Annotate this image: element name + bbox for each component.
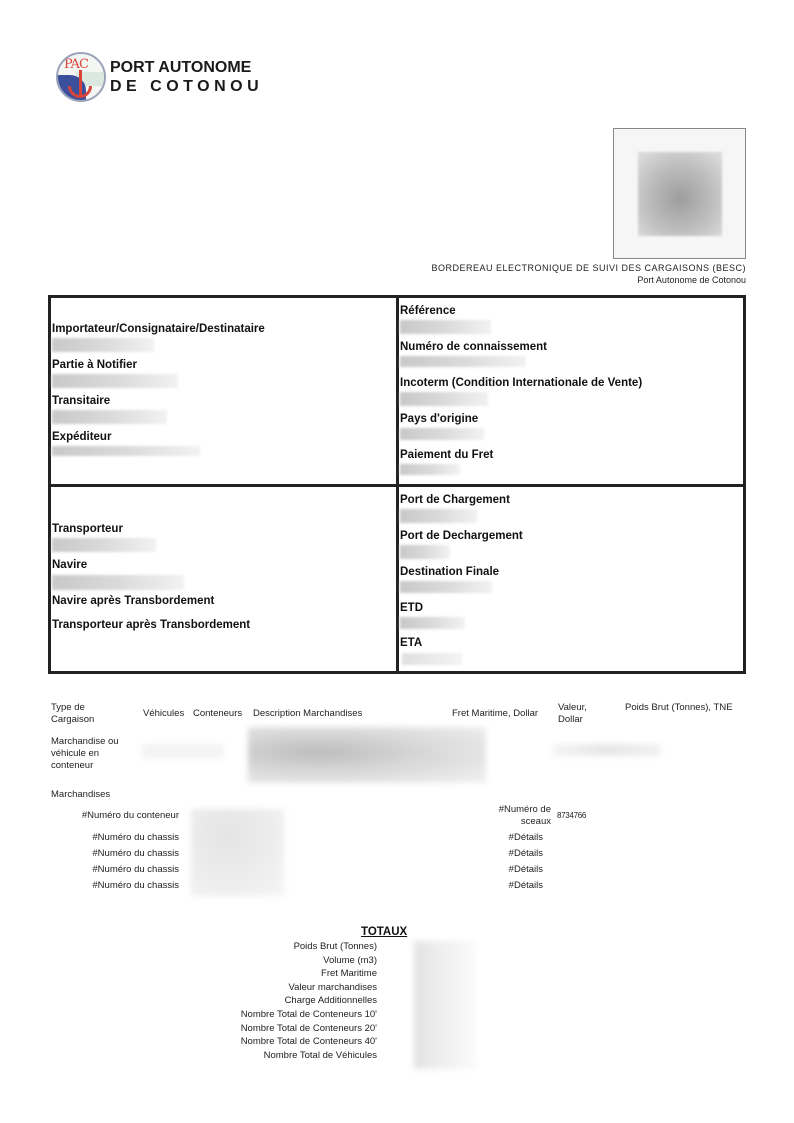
- label-eta: ETA: [400, 637, 422, 649]
- total-conteneurs-10: Nombre Total de Conteneurs 10': [241, 1009, 377, 1020]
- label-paiement-fret: Paiement du Fret: [400, 449, 493, 461]
- label-incoterm: Incoterm (Condition Internationale de Ve…: [400, 377, 642, 389]
- label-numero-chassis-1: #Numéro du chassis: [50, 832, 179, 844]
- value-port-chargement: [400, 509, 477, 523]
- label-numero-chassis-4: #Numéro du chassis: [50, 880, 179, 892]
- label-navire: Navire: [52, 559, 87, 571]
- totals-title: TOTAUX: [361, 926, 407, 938]
- value-importateur: [52, 338, 154, 352]
- label-etd: ETD: [400, 602, 423, 614]
- transport-left-box: Transporteur Navire Navire après Transbo…: [48, 484, 399, 674]
- total-conteneurs-40: Nombre Total de Conteneurs 40': [241, 1036, 377, 1047]
- header-conteneurs: Conteneurs: [193, 708, 242, 720]
- header-vehicules: Véhicules: [143, 708, 184, 720]
- parties-right-box: Référence Numéro de connaissement Incote…: [396, 295, 746, 487]
- label-navire-transbordement: Navire après Transbordement: [52, 595, 214, 607]
- qr-code-blurred: [638, 152, 722, 236]
- value-etd: [400, 617, 465, 629]
- total-poids-brut: Poids Brut (Tonnes): [294, 941, 377, 952]
- label-transporteur-transbordement: Transporteur après Transbordement: [52, 619, 250, 631]
- parties-left-box: Importateur/Consignataire/Destinataire P…: [48, 295, 399, 487]
- label-reference: Référence: [400, 305, 456, 317]
- value-transitaire: [52, 410, 167, 424]
- logo-emblem-text: PAC: [64, 57, 88, 72]
- value-description-marchandises: [248, 727, 486, 783]
- value-numeros-conteneur-chassis: [191, 809, 284, 896]
- value-numero-connaissement: [400, 356, 526, 367]
- header-type-cargaison: Type de Cargaison: [51, 702, 111, 726]
- value-transporteur: [52, 538, 156, 552]
- label-transitaire: Transitaire: [52, 395, 110, 407]
- qr-code-image: [613, 128, 746, 259]
- total-conteneurs-20: Nombre Total de Conteneurs 20': [241, 1023, 377, 1034]
- value-vehicules-conteneurs: [142, 744, 224, 758]
- value-reference: [400, 320, 491, 334]
- total-volume: Volume (m3): [323, 955, 377, 966]
- org-name-line2: DE COTONOU: [110, 78, 263, 96]
- label-details-4: #Détails: [486, 880, 543, 892]
- label-numero-conteneur: #Numéro du conteneur: [50, 810, 179, 822]
- label-numero-sceaux: #Numéro de sceaux: [486, 804, 551, 828]
- label-details-2: #Détails: [486, 848, 543, 860]
- org-name-line1: PORT AUTONOME: [110, 59, 251, 77]
- document-title: BORDEREAU ELECTRONIQUE DE SUIVI DES CARG…: [431, 263, 746, 273]
- label-numero-chassis-3: #Numéro du chassis: [50, 864, 179, 876]
- header-description: Description Marchandises: [253, 708, 362, 720]
- value-partie-notifier: [52, 374, 178, 388]
- value-pays-origine: [400, 428, 484, 440]
- label-destination-finale: Destination Finale: [400, 566, 499, 578]
- label-port-chargement: Port de Chargement: [400, 494, 510, 506]
- value-destination-finale: [400, 581, 492, 593]
- label-numero-connaissement: Numéro de connaissement: [400, 341, 547, 353]
- value-paiement-fret: [400, 464, 460, 475]
- total-vehicules: Nombre Total de Véhicules: [264, 1050, 377, 1061]
- total-valeur-marchandises: Valeur marchandises: [288, 982, 377, 993]
- value-valeur-poids: [553, 744, 661, 756]
- header-fret-maritime: Fret Maritime, Dollar: [452, 708, 538, 720]
- label-details-1: #Détails: [486, 832, 543, 844]
- value-expediteur: [52, 446, 200, 456]
- totals-values-blurred: [414, 941, 476, 1069]
- label-importateur: Importateur/Consignataire/Destinataire: [52, 323, 265, 335]
- value-eta: [402, 653, 462, 665]
- value-navire: [52, 575, 184, 590]
- header-poids-brut: Poids Brut (Tonnes), TNE: [625, 702, 735, 714]
- label-details-3: #Détails: [486, 864, 543, 876]
- label-partie-notifier: Partie à Notifier: [52, 359, 137, 371]
- total-fret-maritime: Fret Maritime: [321, 968, 377, 979]
- label-numero-chassis-2: #Numéro du chassis: [50, 848, 179, 860]
- value-incoterm: [400, 392, 488, 406]
- label-pays-origine: Pays d'origine: [400, 413, 478, 425]
- port-logo-icon: PAC: [56, 52, 106, 102]
- transport-right-box: Port de Chargement Port de Dechargement …: [396, 484, 746, 674]
- document-subtitle: Port Autonome de Cotonou: [637, 275, 746, 285]
- value-numero-sceaux: 8734766: [557, 810, 586, 822]
- label-expediteur: Expéditeur: [52, 431, 111, 443]
- value-port-dechargement: [400, 545, 450, 559]
- total-charge-additionnelles: Charge Additionnelles: [285, 995, 377, 1006]
- label-transporteur: Transporteur: [52, 523, 123, 535]
- row-type-marchandise: Marchandise ou véhicule en conteneur: [51, 736, 131, 772]
- section-marchandises: Marchandises: [51, 789, 110, 801]
- header-valeur: Valeur, Dollar: [558, 702, 603, 726]
- label-port-dechargement: Port de Dechargement: [400, 530, 523, 542]
